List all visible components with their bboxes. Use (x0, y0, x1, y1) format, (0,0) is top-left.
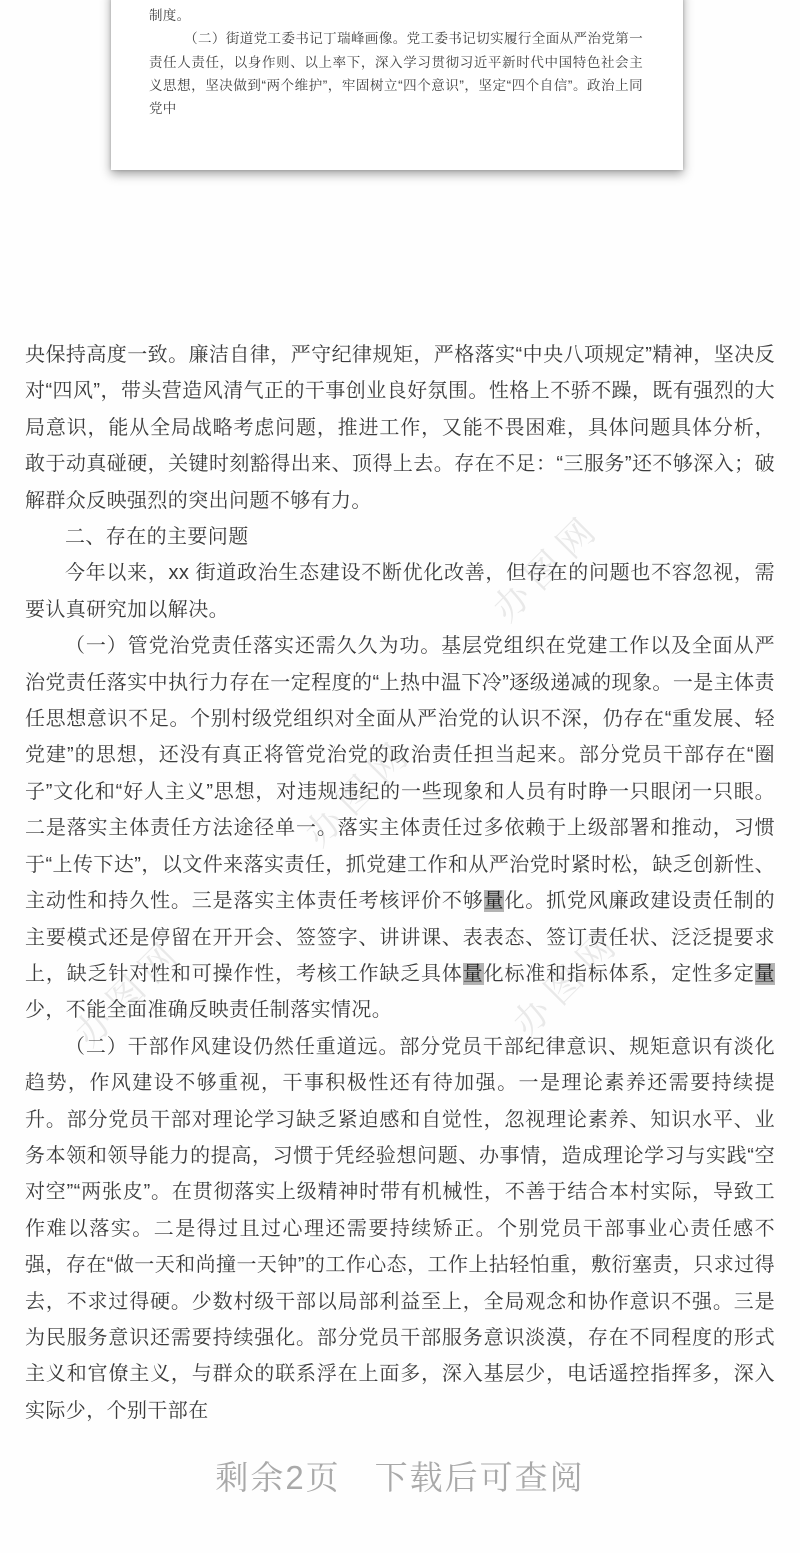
paragraph-item1-segment: 化标准和指标体系，定性多定 (484, 963, 755, 985)
paragraph-item1: （一）管党治党责任落实还需久久为功。基层党组织在党建工作以及全面从严治党责任落实… (25, 628, 775, 1028)
highlighted-char: 量 (463, 963, 484, 985)
paragraph-item1-segment: （一）管党治党责任落实还需久久为功。基层党组织在党建工作以及全面从严治党责任落实… (25, 635, 775, 912)
highlighted-char: 量 (755, 963, 775, 985)
paragraph-continuation: 央保持高度一致。廉洁自律，严守纪律规矩，严格落实“中央八项规定”精神，坚决反对“… (25, 337, 775, 519)
paragraph-item1-segment: 少，不能全面准确反映责任制落实情况。 (25, 999, 392, 1021)
previous-page-card: 制度。 （二）街道党工委书记丁瑞峰画像。党工委书记切实履行全面从严治党第一责任人… (111, 0, 683, 170)
paragraph-intro: 今年以来，xx 街道政治生态建设不断优化改善，但存在的问题也不容忽视，需要认真研… (25, 555, 775, 628)
document-body: 央保持高度一致。廉洁自律，严守纪律规矩，严格落实“中央八项规定”精神，坚决反对“… (25, 337, 775, 1429)
document-preview-page: 制度。 （二）街道党工委书记丁瑞峰画像。党工委书记切实履行全面从严治党第一责任人… (0, 0, 800, 1553)
remaining-pages-text: 剩余2页 (215, 1459, 340, 1496)
highlighted-char: 量 (484, 890, 505, 912)
card-paragraph: （二）街道党工委书记丁瑞峰画像。党工委书记切实履行全面从严治党第一责任人责任，以… (149, 27, 643, 120)
pages-remaining-note: 剩余2页下载后可查阅 (0, 1452, 800, 1499)
paragraph-item2: （二）干部作风建设仍然任重道远。部分党员干部纪律意识、规矩意识有淡化趋势，作风建… (25, 1029, 775, 1429)
download-hint-text: 下载后可查阅 (375, 1459, 585, 1496)
card-paragraph-end: 制度。 (149, 4, 643, 27)
section-heading: 二、存在的主要问题 (25, 519, 775, 555)
